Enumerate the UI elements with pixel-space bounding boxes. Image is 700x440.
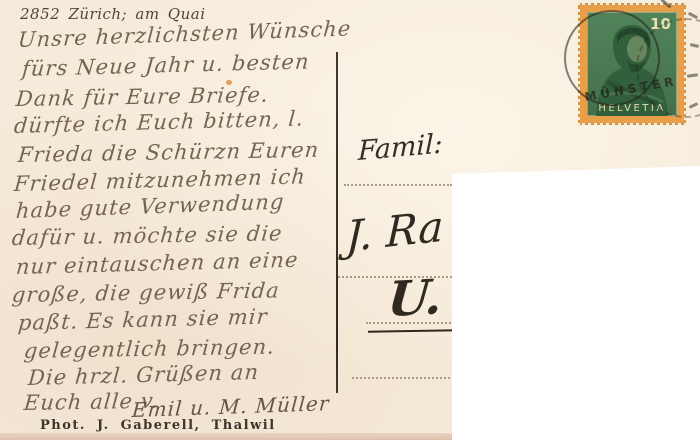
address-rule-1 [344, 184, 452, 186]
message-line: dürfte ich Euch bitten, l. [13, 106, 305, 138]
address-underline [368, 329, 458, 333]
photographer-credit: Phot. J. Gaberell, Thalwil [40, 418, 276, 433]
message-line: fürs Neue Jahr u. besten [21, 49, 311, 81]
address-rule-4 [352, 377, 450, 379]
address-rule-3 [366, 322, 454, 324]
message-line: nur eintauschen an eine [15, 248, 300, 279]
message-line: dafür u. möchte sie die [11, 221, 284, 250]
message-line: paßt. Es kann sie mir [17, 304, 269, 335]
message-line: große, die gewiß Frida [11, 278, 281, 307]
message-line: gelegentlich bringen. [23, 335, 276, 363]
message-line: Dank für Eure Briefe. [15, 83, 270, 111]
foxing-spot [226, 80, 232, 85]
message-line: Frieda die Schürzn Euren [17, 138, 320, 167]
printed-caption: 2852 Zürich; am Quai [20, 5, 206, 23]
message-line: Die hrzl. Grüßen an [27, 360, 260, 390]
divider-line [336, 52, 338, 393]
postcard-back: 2852 Zürich; am Quai Unsre herzlichsten … [0, 0, 700, 440]
address-line-2: J. Ra [345, 202, 444, 262]
address-line-1: Famil: [358, 129, 443, 168]
card-bottom-edge [0, 433, 452, 440]
address-line-3: U. [386, 269, 445, 328]
redaction-box [452, 166, 700, 440]
